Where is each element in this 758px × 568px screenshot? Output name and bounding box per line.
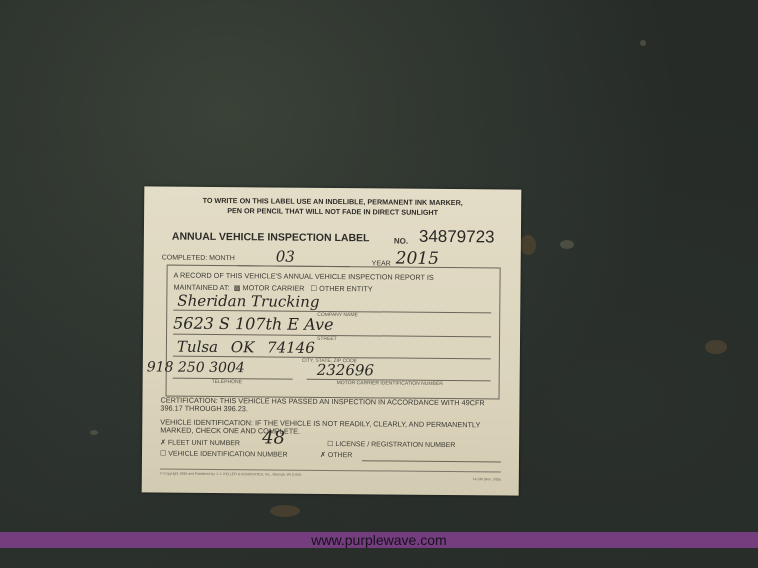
other-entity-option: OTHER ENTITY [319, 284, 373, 293]
carrier-id-caption: MOTOR CARRIER IDENTIFICATION NUMBER [337, 380, 443, 387]
other-caption: OTHER [328, 452, 353, 459]
paint-blemish [90, 430, 98, 435]
street-caption: STREET [317, 336, 337, 342]
city-state-zip: Tulsa OK 74146 [177, 338, 315, 357]
paint-blemish [640, 40, 646, 46]
license-option: ☐ LICENSE / REGISTRATION NUMBER [327, 440, 455, 449]
vin-caption: VEHICLE IDENTIFICATION NUMBER [168, 451, 287, 459]
fleet-unit-number: 48 [262, 427, 285, 448]
label-instructions: TO WRITE ON THIS LABEL USE AN INDELIBLE,… [144, 195, 521, 218]
label-number: 34879723 [419, 227, 495, 248]
company-name: Sheridan Trucking [177, 292, 319, 311]
certification-statement: CERTIFICATION: THIS VEHICLE HAS PASSED A… [160, 397, 499, 416]
completed-month-caption: COMPLETED: MONTH [162, 255, 235, 263]
rust-spot [270, 505, 300, 517]
inspection-label: TO WRITE ON THIS LABEL USE AN INDELIBLE,… [142, 186, 522, 495]
watermark-text: www.purplewave.com [0, 532, 758, 548]
license-caption: LICENSE / REGISTRATION NUMBER [335, 441, 455, 449]
other-option: ✗ OTHER [320, 451, 352, 459]
fleet-unit-option: ✗ FLEET UNIT NUMBER [160, 439, 240, 448]
vin-option: ☐ VEHICLE IDENTIFICATION NUMBER [160, 450, 288, 459]
checkbox-empty-icon: ☐ [306, 284, 319, 293]
telephone: 918 250 3004 [147, 359, 245, 376]
form-code: 74-SM (Rev. 3/95) [472, 477, 500, 481]
record-box: A RECORD OF THIS VEHICLE'S ANNUAL VEHICL… [166, 265, 501, 400]
rust-spot [520, 235, 536, 255]
checkbox-checked-icon: ✗ [160, 440, 168, 447]
other-line [362, 460, 501, 462]
label-title: ANNUAL VEHICLE INSPECTION LABEL [172, 231, 370, 245]
rust-spot [705, 340, 727, 354]
paint-blemish [560, 240, 574, 249]
fleet-unit-caption: FLEET UNIT NUMBER [168, 440, 240, 448]
vehicle-identification-statement: VEHICLE IDENTIFICATION: IF THE VEHICLE I… [160, 419, 499, 438]
checkbox-checked-icon: ▩ [232, 283, 243, 292]
maintained-at-caption: MAINTAINED AT: [173, 283, 229, 292]
completed-month: 03 [276, 248, 295, 266]
label-number-caption: NO. [394, 237, 408, 246]
warning-line-2: PEN OR PENCIL THAT WILL NOT FADE IN DIRE… [144, 205, 521, 218]
motor-carrier-id: 232696 [317, 361, 374, 379]
street-address: 5623 S 107th E Ave [173, 314, 334, 334]
telephone-caption: TELEPHONE [212, 379, 242, 385]
checkbox-checked-icon: ✗ [320, 452, 328, 459]
copyright: © Copyright 1995 and Published by J. J. … [160, 472, 302, 477]
